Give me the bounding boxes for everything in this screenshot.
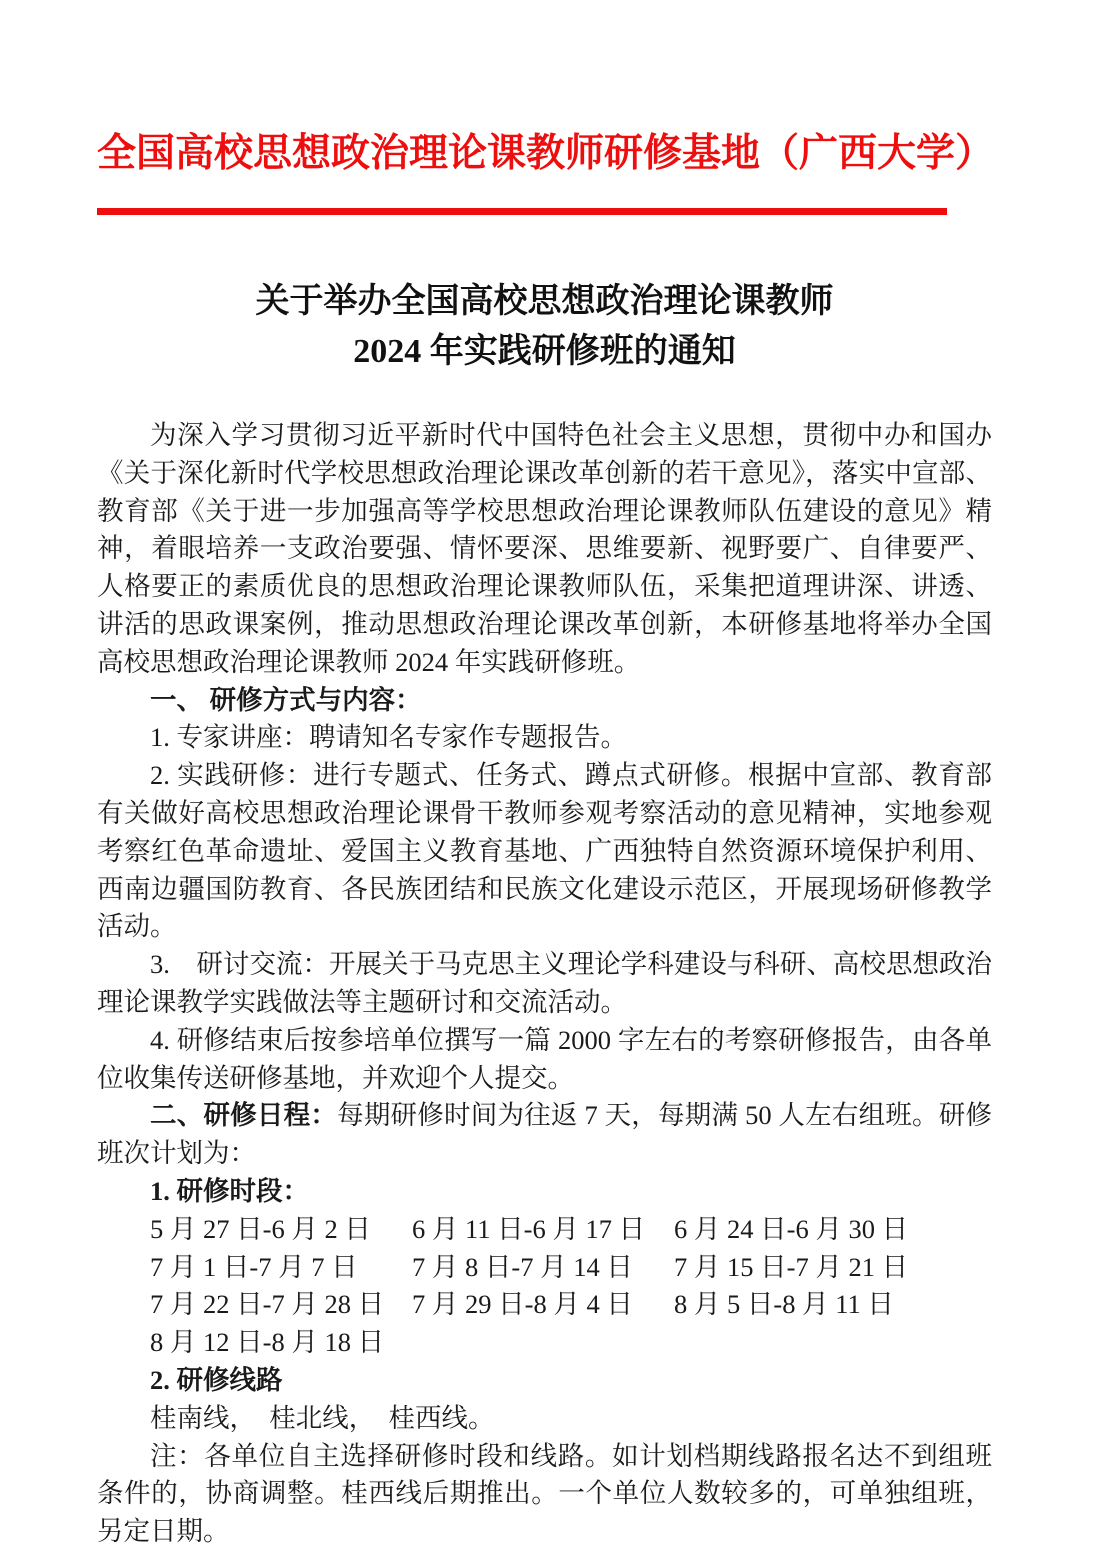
doc-title: 关于举办全国高校思想政治理论课教师 2024 年实践研修班的通知 xyxy=(97,277,992,377)
date-row: 7 月 1 日-7 月 7 日7 月 8 日-7 月 14 日7 月 15 日-… xyxy=(97,1249,992,1287)
date-schedule: 5 月 27 日-6 月 2 日6 月 11 日-6 月 17 日6 月 24 … xyxy=(97,1211,992,1362)
date-range: 6 月 11 日-6 月 17 日 xyxy=(412,1211,674,1249)
doc-title-line1: 关于举办全国高校思想政治理论课教师 xyxy=(97,277,992,327)
inline-heading: 二、研修日程： xyxy=(150,1100,337,1130)
document-page: 全国高校思想政治理论课教师研修基地（广西大学） 关于举办全国高校思想政治理论课教… xyxy=(0,0,1102,1559)
section-heading-2-paragraph: 二、研修日程：每期研修时间为往返 7 天，每期满 50 人左右组班。研修班次计划… xyxy=(97,1097,992,1173)
item-4: 4. 研修结束后按参培单位撰写一篇 2000 字左右的考察研修报告，由各单位收集… xyxy=(97,1022,992,1098)
routes-list: 桂南线， 桂北线， 桂西线。 xyxy=(97,1400,992,1438)
date-range: 7 月 29 日-8 月 4 日 xyxy=(412,1286,674,1324)
subsection-heading-routes: 2. 研修线路 xyxy=(97,1362,992,1400)
date-range: 5 月 27 日-6 月 2 日 xyxy=(150,1211,412,1249)
date-range: 7 月 15 日-7 月 21 日 xyxy=(674,1249,936,1287)
intro-paragraph: 为深入学习贯彻习近平新时代中国特色社会主义思想，贯彻中办和国办《关于深化新时代学… xyxy=(97,417,992,682)
date-row: 7 月 22 日-7 月 28 日7 月 29 日-8 月 4 日8 月 5 日… xyxy=(97,1286,992,1324)
date-range: 7 月 22 日-7 月 28 日 xyxy=(150,1286,412,1324)
item-1: 1. 专家讲座：聘请知名专家作专题报告。 xyxy=(97,719,992,757)
date-row: 8 月 12 日-8 月 18 日 xyxy=(97,1324,992,1362)
note-paragraph: 注：各单位自主选择研修时段和线路。如计划档期线路报名达不到组班条件的，协商调整。… xyxy=(97,1438,992,1551)
section-heading-1: 一、 研修方式与内容： xyxy=(97,682,992,720)
item-3: 3. 研讨交流：开展关于马克思主义理论学科建设与科研、高校思想政治理论课教学实践… xyxy=(97,946,992,1022)
date-row: 5 月 27 日-6 月 2 日6 月 11 日-6 月 17 日6 月 24 … xyxy=(97,1211,992,1249)
doc-title-line2: 2024 年实践研修班的通知 xyxy=(97,327,992,377)
document-body: 为深入学习贯彻习近平新时代中国特色社会主义思想，贯彻中办和国办《关于深化新时代学… xyxy=(97,417,992,1551)
date-range: 7 月 8 日-7 月 14 日 xyxy=(412,1249,674,1287)
item-2: 2. 实践研修：进行专题式、任务式、蹲点式研修。根据中宣部、教育部有关做好高校思… xyxy=(97,757,992,946)
letterhead-title: 全国高校思想政治理论课教师研修基地（广西大学） xyxy=(97,126,992,182)
date-range: 8 月 5 日-8 月 11 日 xyxy=(674,1286,936,1324)
letterhead-rule xyxy=(97,208,947,215)
date-range: 8 月 12 日-8 月 18 日 xyxy=(150,1324,412,1362)
date-range: 6 月 24 日-6 月 30 日 xyxy=(674,1211,936,1249)
date-range: 7 月 1 日-7 月 7 日 xyxy=(150,1249,412,1287)
subsection-heading-periods: 1. 研修时段： xyxy=(97,1173,992,1211)
